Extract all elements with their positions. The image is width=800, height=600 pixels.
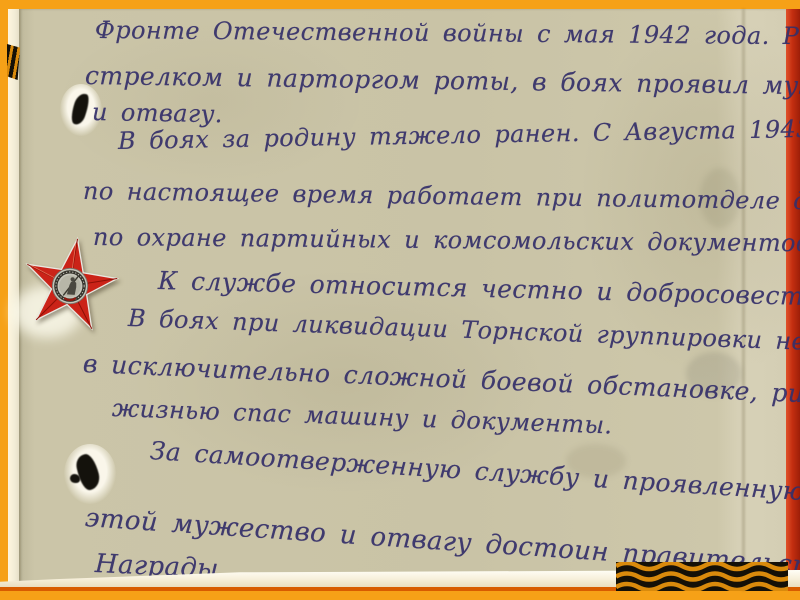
hole-blob xyxy=(70,474,80,483)
st-george-ribbon-wave-icon xyxy=(616,562,788,591)
ribbon-wave-svg xyxy=(616,562,788,591)
st-george-ribbon-fragment-icon xyxy=(7,44,20,80)
handwriting-line: и отвагу. xyxy=(92,98,223,128)
slide-scanned-award-document: Фронте Отечественной войны с мая 1942 го… xyxy=(0,0,800,600)
paper-hole xyxy=(64,444,116,504)
